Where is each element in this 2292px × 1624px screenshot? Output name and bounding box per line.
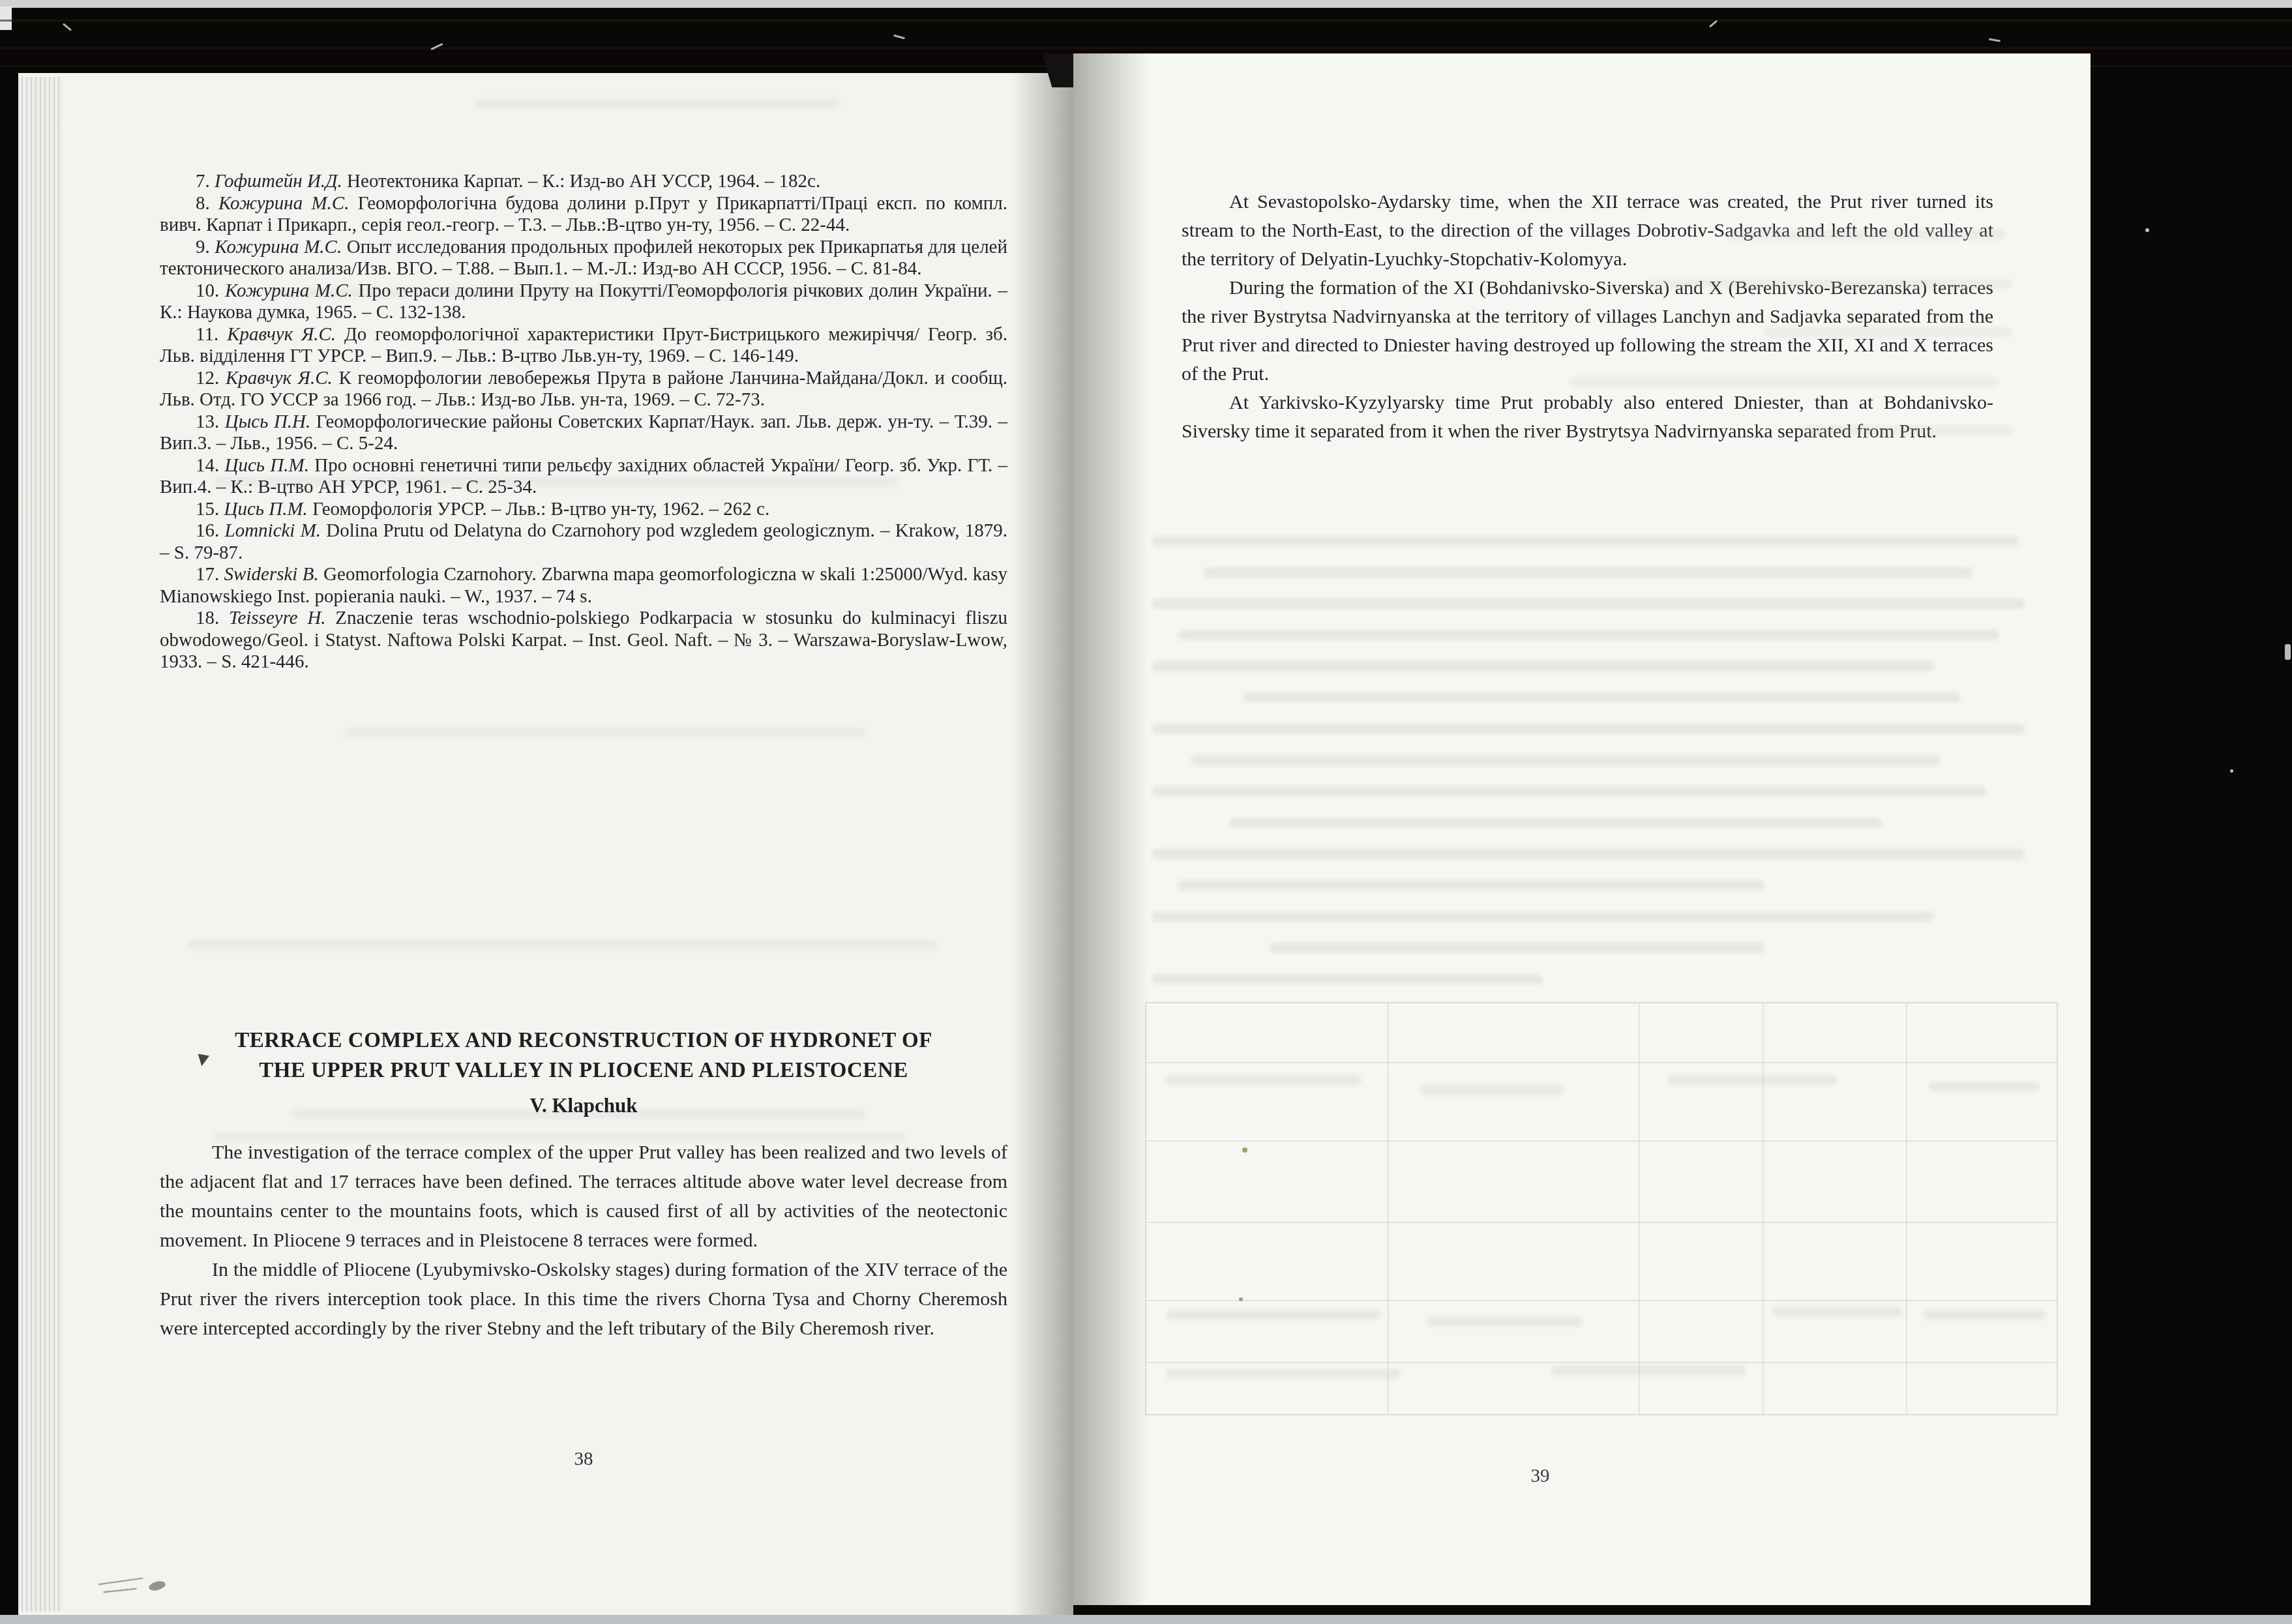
bleed-table-line (1146, 1062, 2057, 1063)
bibliography-entry: 16. Lomnicki M. Dolina Prutu od Delatyna… (160, 520, 1007, 564)
article-title-line1: TERRACE COMPLEX AND RECONSTRUCTION OF HY… (160, 1026, 1007, 1056)
scanner-corner-chip (0, 7, 12, 30)
bleed-table-line (1146, 1140, 2057, 1142)
bib-number: 17. (196, 564, 219, 585)
bleed-through-text (344, 728, 866, 737)
page-fore-edge (18, 77, 63, 1612)
paper-speck (1242, 1147, 1247, 1153)
bleed-through-text (1204, 567, 1973, 578)
bleed-table-text (1922, 1310, 2046, 1320)
bibliography-entry: 14. Цись П.М. Про основні генетичні типи… (160, 455, 1007, 499)
bib-author: Цысь П.Н. (225, 411, 311, 432)
bib-text: Неотектоника Карпат. – К.: Изд-во АН УСС… (347, 171, 820, 192)
bleed-table-line (1906, 1003, 1907, 1414)
bib-number: 14. (196, 455, 219, 476)
bleed-through-text (188, 940, 938, 949)
abstract: The investigation of the terrace complex… (160, 1138, 1007, 1343)
bleed-through-text (1178, 630, 1999, 640)
bibliography-entry: 11. Кравчук Я.С. До геоморфологічної хар… (160, 324, 1007, 368)
dust-speck (2145, 228, 2149, 232)
bleed-table-text (1668, 1075, 1838, 1085)
bleed-table-text (1420, 1085, 1564, 1095)
bibliography-list: 7. Гофштейн И.Д. Неотектоника Карпат. – … (160, 171, 1007, 673)
bleed-table-text (1166, 1075, 1362, 1085)
dust-scratch (893, 35, 905, 40)
bib-number: 8. (196, 193, 210, 214)
bib-author: Кожурина М.С. (215, 237, 342, 258)
dust-scratch (63, 23, 72, 31)
bib-number: 12. (196, 368, 219, 389)
bleed-table-line (1388, 1003, 1389, 1414)
bleed-table-line (1763, 1003, 1764, 1414)
right-page: At Sevastopolsko-Aydarsky time, when the… (1073, 53, 2091, 1605)
bib-author: Кожурина М.С. (218, 193, 350, 214)
bleed-table-line (1146, 1222, 2057, 1223)
bleed-through-text (1152, 724, 2025, 734)
bib-number: 15. (196, 499, 219, 520)
bib-number: 18. (196, 608, 219, 628)
bib-author: Цись П.М. (224, 499, 308, 520)
bleed-through-text (1178, 880, 1764, 891)
bleed-through-text (1191, 755, 1941, 765)
bib-author: Гофштейн И.Д. (215, 171, 342, 192)
bib-author: Кожурина М.С. (225, 280, 353, 301)
bib-number: 7. (196, 171, 210, 192)
bleed-through-text (1269, 943, 1764, 953)
bleed-table-text (1772, 1307, 1903, 1317)
dust-scratch (1989, 38, 2001, 42)
bleed-table-text (1166, 1310, 1381, 1320)
dust-speck (2285, 644, 2291, 660)
scanner-top-edge (0, 0, 2292, 8)
scan-noise-line (0, 20, 2292, 22)
pencil-mark (98, 1577, 143, 1586)
pencil-mark (148, 1580, 166, 1592)
bleed-through-text (1152, 911, 1934, 922)
scan-noise-line (0, 47, 2292, 50)
bleed-through-text (1152, 786, 1986, 797)
bleed-through-text (1647, 278, 2012, 289)
bib-text: Геоморфологія УРСР. – Льв.: В-цтво ун-ту… (312, 499, 769, 520)
bib-number: 16. (196, 520, 219, 541)
paper-speck (1239, 1297, 1243, 1301)
bleed-through-text (1764, 327, 2012, 338)
bleed-table-line (1146, 1300, 2057, 1301)
bibliography-entry: 9. Кожурина М.С. Опыт исследования продо… (160, 237, 1007, 280)
bleed-through-text (1152, 661, 1934, 672)
bib-author: Teisseyre H. (229, 608, 326, 628)
gutter-shadow (1073, 53, 1148, 1605)
article-title-line2: THE UPPER PRUT VALLEY IN PLIOCENE AND PL… (160, 1056, 1007, 1085)
bibliography-entry: 18. Teisseyre H. Znaczenie teras wschodn… (160, 608, 1007, 673)
bleed-through-text (475, 99, 840, 108)
bibliography-entry: 12. Кравчук Я.С. К геоморфологии левобер… (160, 368, 1007, 411)
bibliography-entry: 17. Swiderski B. Geomorfologia Czarnohor… (160, 564, 1007, 608)
right-page-text: At Sevastopolsko-Aydarsky time, when the… (1182, 188, 1993, 446)
bleed-through-text (1569, 376, 1999, 387)
bibliography-entry: 13. Цысь П.Н. Геоморфологические районы … (160, 411, 1007, 455)
abstract-paragraph: In the middle of Pliocene (Lyubymivsko-O… (160, 1255, 1007, 1343)
page-number-left: 38 (160, 1449, 1007, 1470)
bleed-through-text (1243, 692, 1960, 703)
gutter-shadow (1011, 73, 1073, 1616)
bibliography-entry: 7. Гофштейн И.Д. Неотектоника Карпат. – … (160, 171, 1007, 193)
left-page: 7. Гофштейн И.Д. Неотектоника Карпат. – … (18, 73, 1073, 1616)
article-title: TERRACE COMPLEX AND RECONSTRUCTION OF HY… (160, 1026, 1007, 1085)
bleed-through-text (1152, 598, 2025, 609)
bleed-table-text (1551, 1365, 1746, 1376)
bleed-through-text (1152, 974, 1543, 984)
bib-author: Swiderski B. (224, 564, 319, 585)
bleed-through-text (1152, 849, 2025, 859)
bleed-through-text (1804, 425, 2012, 436)
bleed-through-text (1230, 818, 1882, 828)
bibliography-entry: 8. Кожурина М.С. Геоморфологічна будова … (160, 193, 1007, 237)
bib-author: Кравчук Я.С. (227, 324, 336, 345)
article-author: V. Klapchuk (160, 1094, 1007, 1117)
bleed-table-text (1929, 1082, 2040, 1092)
pencil-mark (103, 1587, 137, 1593)
bib-author: Lomnicki M. (225, 520, 321, 541)
bleed-table-text (1427, 1316, 1583, 1327)
bib-number: 9. (196, 237, 210, 258)
bleed-through-text (1152, 536, 2019, 546)
bib-number: 10. (196, 280, 219, 301)
page-number-right: 39 (1182, 1466, 1899, 1487)
bleed-table-line (1146, 1362, 2057, 1363)
bib-number: 11. (196, 324, 218, 345)
bleed-through-text (1725, 229, 2006, 240)
bib-number: 13. (196, 411, 219, 432)
bib-author: Кравчук Я.С. (226, 368, 333, 389)
body-paragraph: At Yarkivsko-Kyzylyarsky time Prut proba… (1182, 389, 1993, 446)
dust-speck (2230, 769, 2233, 773)
bleed-through-table (1145, 1002, 2058, 1415)
bibliography-entry: 15. Цись П.М. Геоморфологія УРСР. – Льв.… (160, 499, 1007, 521)
bib-author: Цись П.М. (225, 455, 309, 476)
bleed-table-text (1166, 1368, 1401, 1379)
bleed-table-line (1639, 1003, 1640, 1414)
scanner-bottom-edge (0, 1615, 2292, 1624)
book-scan: 7. Гофштейн И.Д. Неотектоника Карпат. – … (0, 0, 2292, 1624)
bibliography-entry: 10. Кожурина М.С. Про тераси долини Прут… (160, 280, 1007, 324)
abstract-paragraph: The investigation of the terrace complex… (160, 1138, 1007, 1255)
